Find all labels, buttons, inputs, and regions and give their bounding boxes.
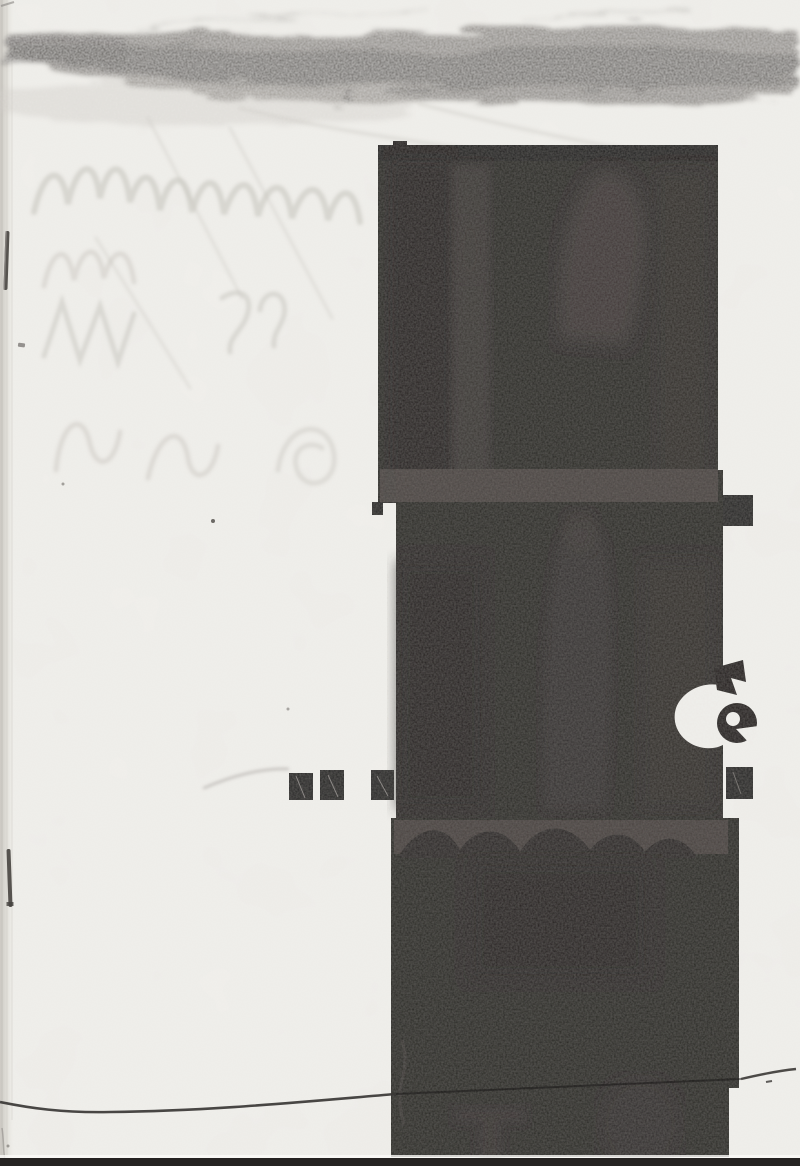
edge-tab-2 [726, 767, 753, 799]
smudge-dot [349, 93, 356, 100]
panel-2-figure-head [562, 510, 598, 554]
edge-tab-1 [723, 495, 753, 526]
scan-bottom-gap [0, 1155, 800, 1158]
staple-bottom-foot [7, 902, 14, 906]
pen-tick-mark [766, 1081, 772, 1082]
zine-page-scan [0, 0, 800, 1166]
panel-1-light-column [655, 170, 710, 490]
dust-speck [7, 1145, 10, 1148]
panel-3-dark-mass [470, 860, 650, 980]
panel-1-light-strip [452, 165, 490, 490]
smudge-dot [632, 85, 642, 95]
e-mark-counter [726, 712, 740, 726]
panel-2-light-column [640, 560, 715, 810]
panel-1-top-strip [378, 145, 718, 161]
dust-speck [211, 519, 215, 523]
dust-speck [62, 483, 65, 486]
smudge-fade [0, 78, 420, 126]
smudge-dark-left [6, 40, 126, 66]
panel-seam-1 [380, 469, 718, 502]
panel-2-dark-mass [396, 560, 486, 810]
smudge-dot [649, 93, 653, 97]
scan-canvas [0, 0, 800, 1166]
panel-1-light-blob [456, 220, 484, 280]
left-edge-nub [372, 502, 383, 515]
panel-1-dark-column [390, 160, 452, 490]
panel-3-light-blob [602, 1080, 678, 1166]
scan-bottom-edge [0, 1158, 800, 1166]
dust-speck [287, 708, 290, 711]
film-square-1 [289, 773, 313, 800]
